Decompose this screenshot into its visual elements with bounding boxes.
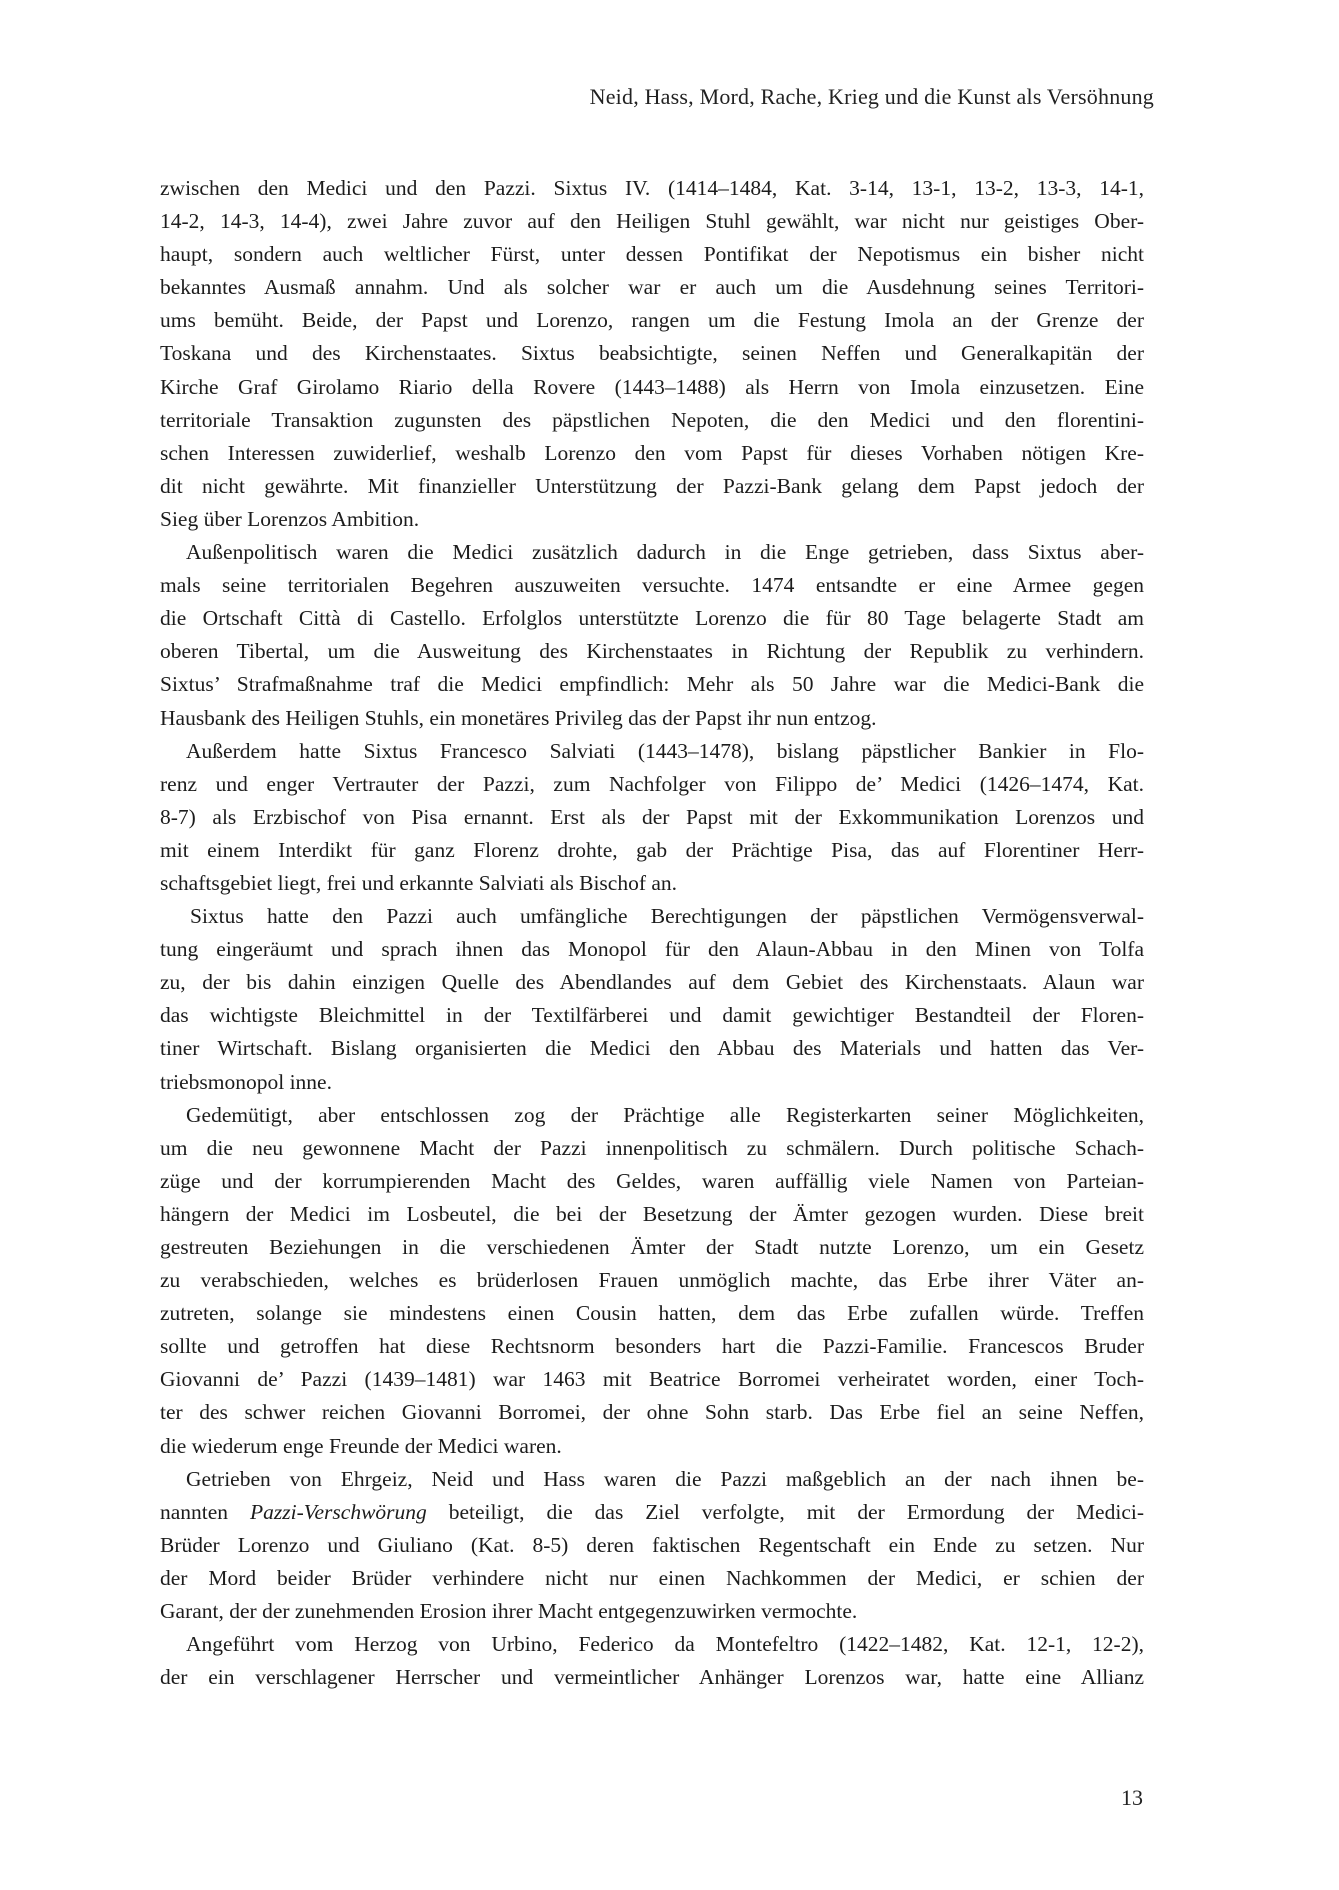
- page-number: 13: [1121, 1785, 1143, 1811]
- text-line: Getrieben von Ehrgeiz, Neid und Hass war…: [160, 1463, 1144, 1496]
- paragraph-4: Sixtus hatte den Pazzi auch umfängliche …: [160, 900, 1144, 1099]
- text-line: mit einem Interdikt für ganz Florenz dro…: [160, 834, 1144, 867]
- text-line: hängern der Medici im Losbeutel, die bei…: [160, 1198, 1144, 1231]
- paragraph-2: Außenpolitisch waren die Medici zusätzli…: [160, 536, 1144, 735]
- text-line: zwischen den Medici und den Pazzi. Sixtu…: [160, 172, 1144, 205]
- text-line: Sieg über Lorenzos Ambition.: [160, 503, 1144, 536]
- text-line: Garant, der der zunehmenden Erosion ihre…: [160, 1595, 1144, 1628]
- text-line: zu verabschieden, welches es brüderlosen…: [160, 1264, 1144, 1297]
- text-line: mals seine territorialen Begehren auszuw…: [160, 569, 1144, 602]
- text-line: triebsmonopol inne.: [160, 1066, 1144, 1099]
- text-line-with-italic: nannten Pazzi-Verschwörung beteiligt, di…: [160, 1496, 1144, 1529]
- text-line: dit nicht gewährte. Mit finanzieller Unt…: [160, 470, 1144, 503]
- text-line: renz und enger Vertrauter der Pazzi, zum…: [160, 768, 1144, 801]
- text-line: das wichtigste Bleichmittel in der Texti…: [160, 999, 1144, 1032]
- text-line: sollte und getroffen hat diese Rechtsnor…: [160, 1330, 1144, 1363]
- running-header-title: Neid, Hass, Mord, Rache, Krieg und die K…: [590, 84, 1154, 110]
- text-line: tung eingeräumt und sprach ihnen das Mon…: [160, 933, 1144, 966]
- document-page: Neid, Hass, Mord, Rache, Krieg und die K…: [0, 0, 1339, 1890]
- text-line: um die neu gewonnene Macht der Pazzi inn…: [160, 1132, 1144, 1165]
- text-line: zu, der bis dahin einzigen Quelle des Ab…: [160, 966, 1144, 999]
- text-line: schen Interessen zuwiderlief, weshalb Lo…: [160, 437, 1144, 470]
- text-span: nannten: [160, 1500, 250, 1524]
- text-line: Sixtus’ Strafmaßnahme traf die Medici em…: [160, 668, 1144, 701]
- text-line: Außerdem hatte Sixtus Francesco Salviati…: [160, 735, 1144, 768]
- text-line: oberen Tibertal, um die Ausweitung des K…: [160, 635, 1144, 668]
- text-line: Außenpolitisch waren die Medici zusätzli…: [160, 536, 1144, 569]
- text-line: zutreten, solange sie mindestens einen C…: [160, 1297, 1144, 1330]
- text-line: Kirche Graf Girolamo Riario della Rovere…: [160, 371, 1144, 404]
- text-line: Brüder Lorenzo und Giuliano (Kat. 8-5) d…: [160, 1529, 1144, 1562]
- text-line: die Ortschaft Città di Castello. Erfolgl…: [160, 602, 1144, 635]
- text-line: territoriale Transaktion zugunsten des p…: [160, 404, 1144, 437]
- text-line: Hausbank des Heiligen Stuhls, ein monetä…: [160, 702, 1144, 735]
- paragraph-1: zwischen den Medici und den Pazzi. Sixtu…: [160, 172, 1144, 536]
- text-line: bekanntes Ausmaß annahm. Und als solcher…: [160, 271, 1144, 304]
- text-line: züge und der korrumpierenden Macht des G…: [160, 1165, 1144, 1198]
- text-line: schaftsgebiet liegt, frei und erkannte S…: [160, 867, 1144, 900]
- text-line: Sixtus hatte den Pazzi auch umfängliche …: [160, 900, 1144, 933]
- text-line: Angeführt vom Herzog von Urbino, Federic…: [160, 1628, 1144, 1661]
- text-line: tiner Wirtschaft. Bislang organisierten …: [160, 1032, 1144, 1065]
- text-line: 14-2, 14-3, 14-4), zwei Jahre zuvor auf …: [160, 205, 1144, 238]
- text-line: der Mord beider Brüder verhindere nicht …: [160, 1562, 1144, 1595]
- text-line: Toskana und des Kirchenstaates. Sixtus b…: [160, 337, 1144, 370]
- text-line: die wiederum enge Freunde der Medici war…: [160, 1430, 1144, 1463]
- paragraph-5: Gedemütigt, aber entschlossen zog der Pr…: [160, 1099, 1144, 1463]
- text-line: der ein verschlagener Herrscher und verm…: [160, 1661, 1144, 1694]
- text-line: Gedemütigt, aber entschlossen zog der Pr…: [160, 1099, 1144, 1132]
- text-line: haupt, sondern auch weltlicher Fürst, un…: [160, 238, 1144, 271]
- text-line: gestreuten Beziehungen in die verschiede…: [160, 1231, 1144, 1264]
- text-line: 8-7) als Erzbischof von Pisa ernannt. Er…: [160, 801, 1144, 834]
- text-line: ums bemüht. Beide, der Papst und Lorenzo…: [160, 304, 1144, 337]
- paragraph-3: Außerdem hatte Sixtus Francesco Salviati…: [160, 735, 1144, 900]
- italic-term: Pazzi-Verschwörung: [250, 1500, 427, 1524]
- text-line: ter des schwer reichen Giovanni Borromei…: [160, 1396, 1144, 1429]
- text-line: Giovanni de’ Pazzi (1439–1481) war 1463 …: [160, 1363, 1144, 1396]
- text-span: beteiligt, die das Ziel verfolgte, mit d…: [427, 1500, 1144, 1524]
- body-text: zwischen den Medici und den Pazzi. Sixtu…: [160, 172, 1144, 1694]
- paragraph-7: Angeführt vom Herzog von Urbino, Federic…: [160, 1628, 1144, 1694]
- paragraph-6: Getrieben von Ehrgeiz, Neid und Hass war…: [160, 1463, 1144, 1628]
